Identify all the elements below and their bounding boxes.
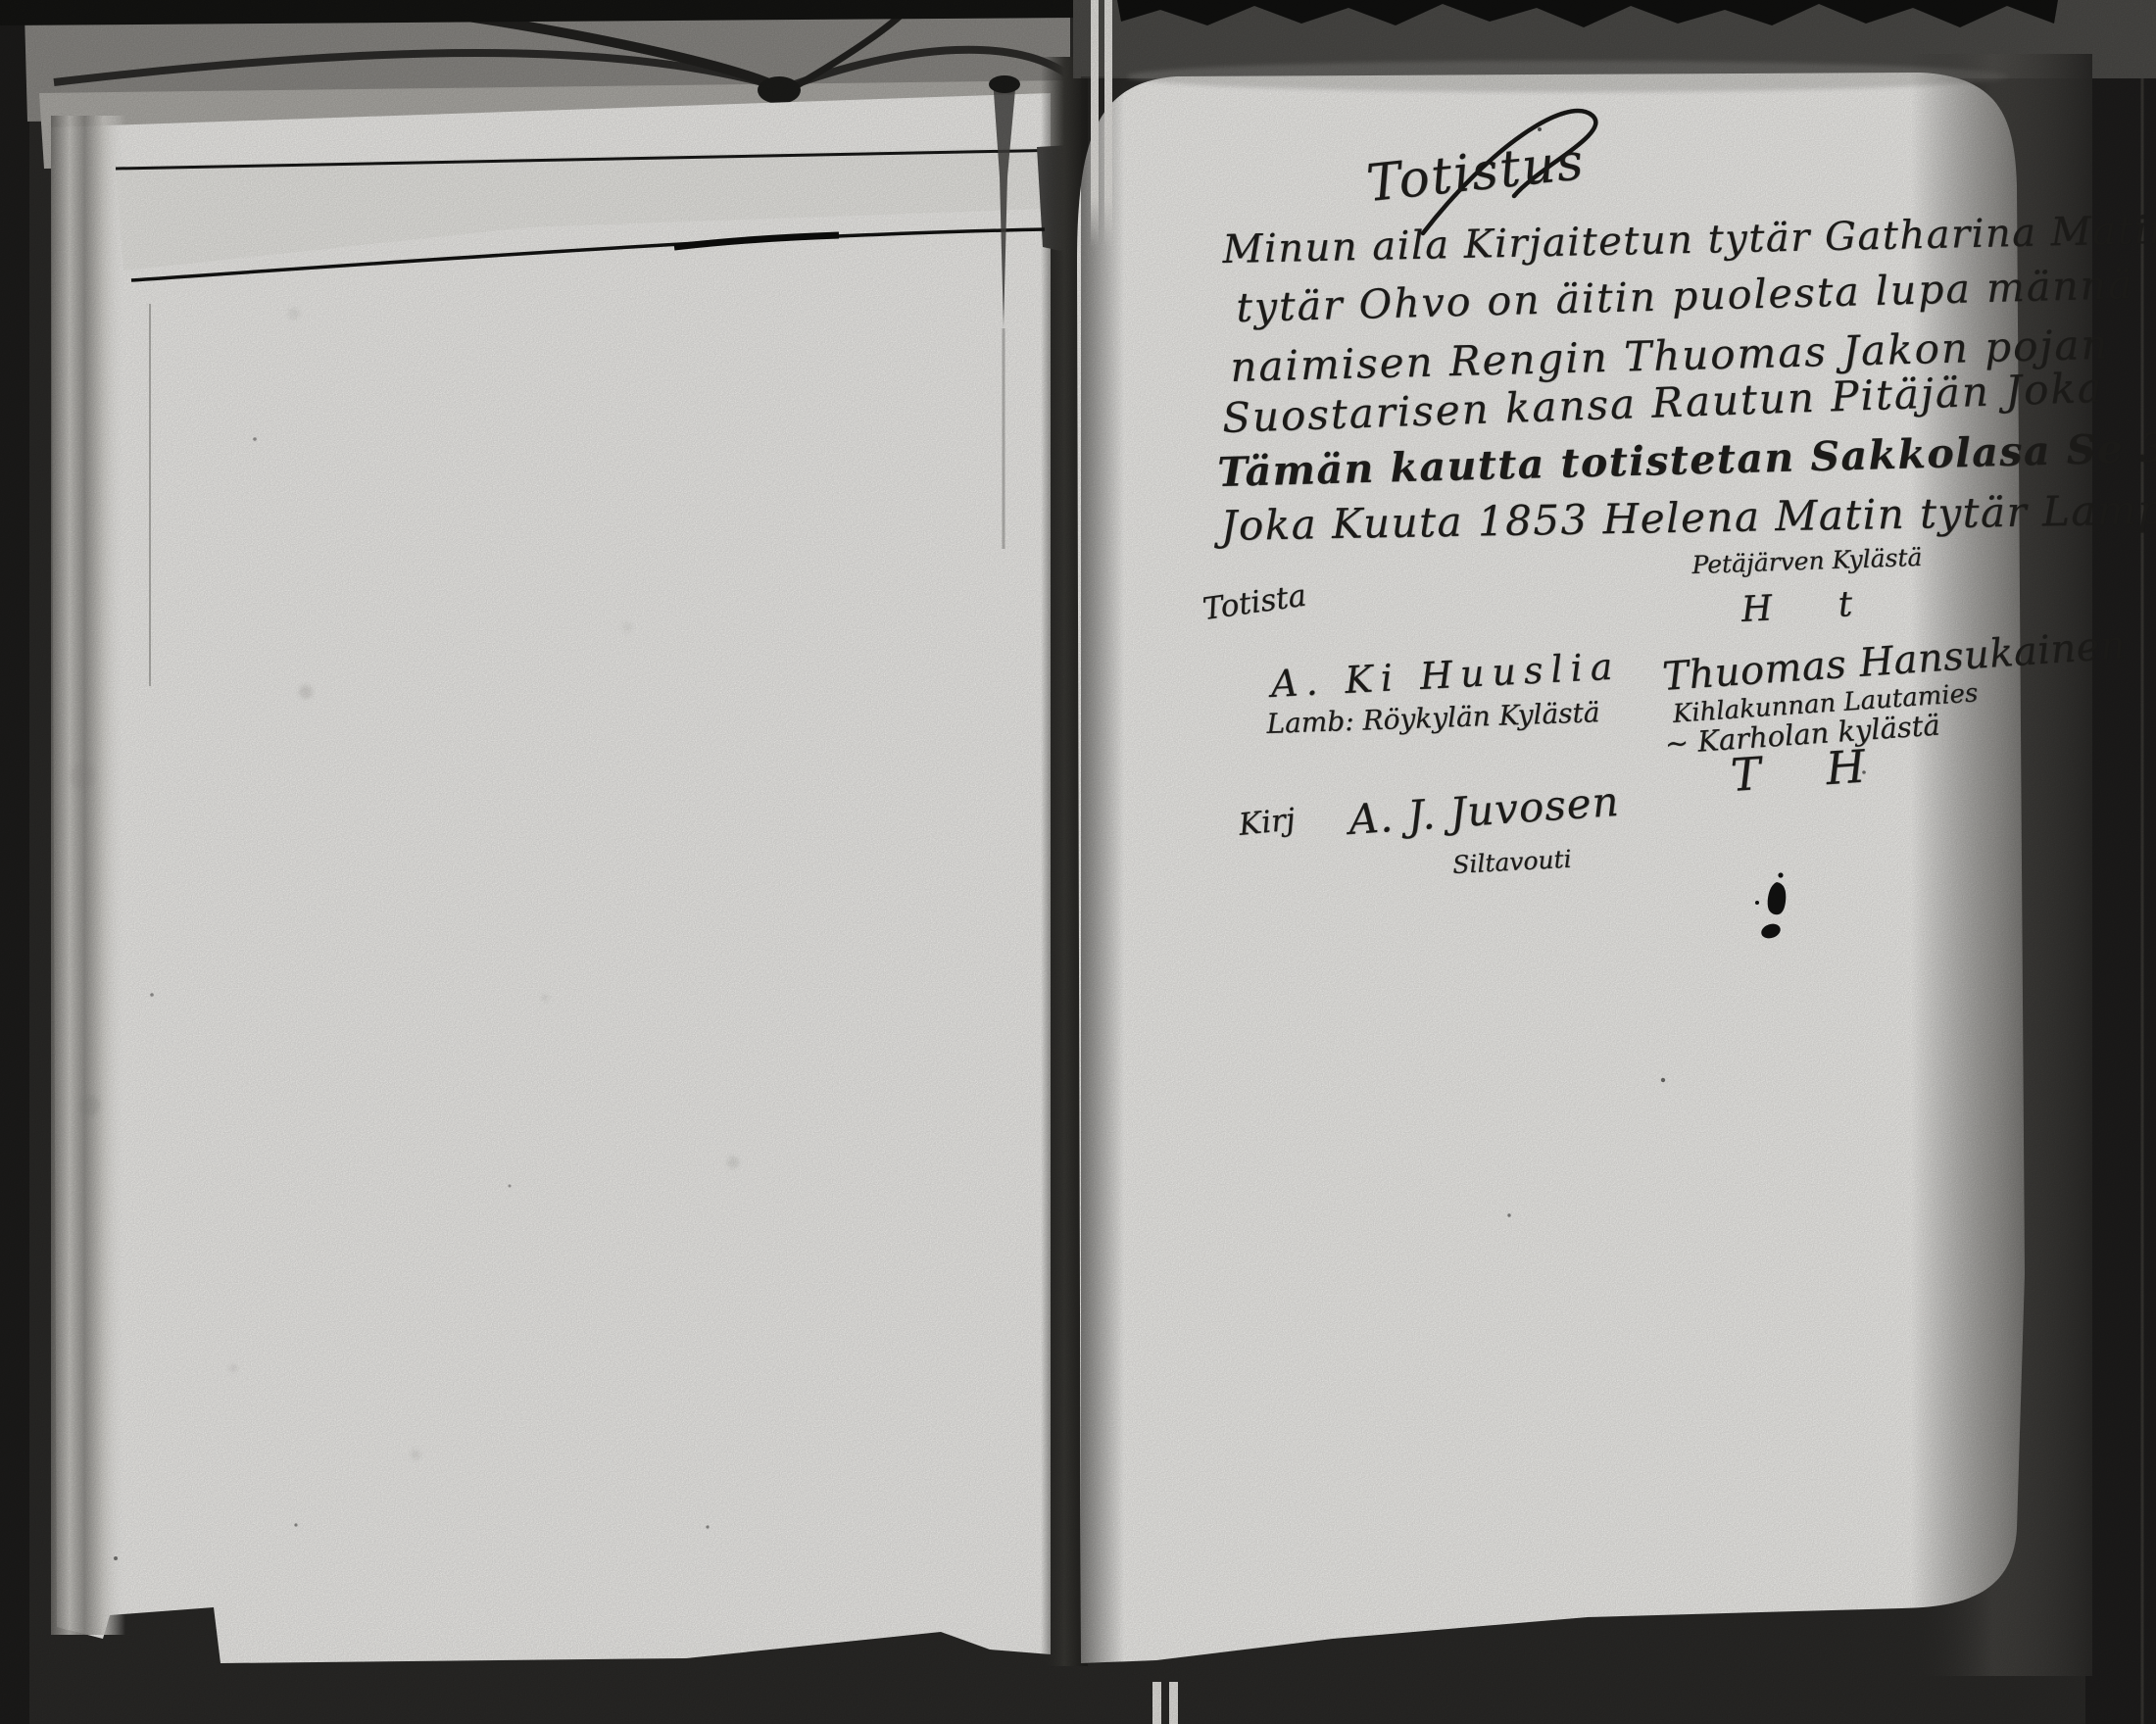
signer-mark: H t xyxy=(1740,583,1881,630)
witness-mark: T H xyxy=(1729,738,1892,802)
scanned-book-spread: Totistus Minun aila Kirjaitetun tytär Ga… xyxy=(0,0,2156,1724)
clerk-prefix: Kirj xyxy=(1237,802,1297,843)
